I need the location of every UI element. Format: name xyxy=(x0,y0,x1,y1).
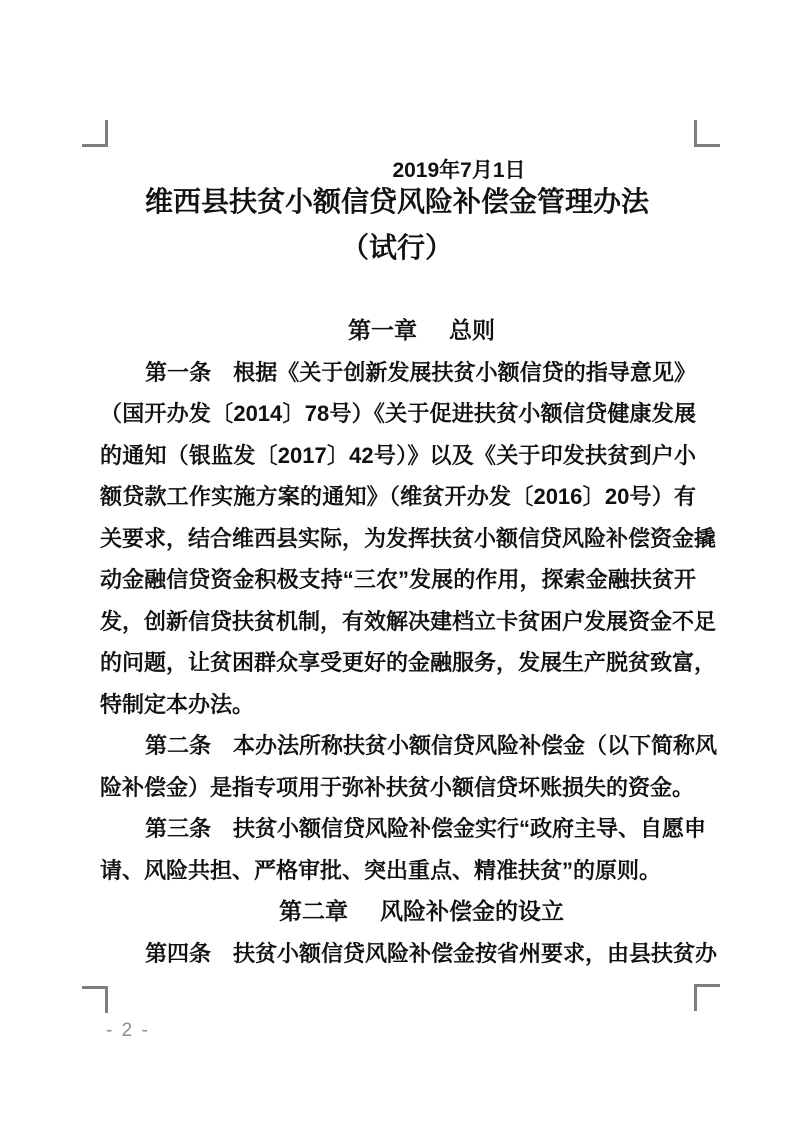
document-subtitle: （试行） xyxy=(0,229,794,266)
body-line: 第三条 扶贫小额信贷风险补偿金实行“政府主导、自愿申 xyxy=(100,808,696,850)
chapter-heading: 第一章总则 xyxy=(100,310,696,352)
body-line: 请、风险共担、严格审批、突出重点、精准扶贫”的原则。 xyxy=(100,850,696,892)
document-date: 2019年7月1日 xyxy=(100,154,696,184)
document-body: 第一章总则第一条 根据《关于创新发展扶贫小额信贷的指导意见》（国开办发〔2014… xyxy=(100,310,696,974)
crop-mark-top-right xyxy=(694,120,720,147)
body-line: 的通知（银监发〔2017〕42号）》以及《关于印发扶贫到户小 xyxy=(100,435,696,477)
chapter-heading: 第二章风险补偿金的设立 xyxy=(100,891,696,933)
body-line: 第四条 扶贫小额信贷风险补偿金按省州要求，由县扶贫办 xyxy=(100,933,696,975)
body-line: 险补偿金）是指专项用于弥补扶贫小额信贷坏账损失的资金。 xyxy=(100,767,696,809)
body-line: 特制定本办法。 xyxy=(100,684,696,726)
chapter-heading-part: 第二章 xyxy=(279,898,348,924)
body-line: （国开办发〔2014〕78号）《关于促进扶贫小额信贷健康发展 xyxy=(100,393,696,435)
document-title: 维西县扶贫小额信贷风险补偿金管理办法 xyxy=(0,183,794,220)
body-line: 发，创新信贷扶贫机制，有效解决建档立卡贫困户发展资金不足 xyxy=(100,601,696,643)
chapter-heading-part: 总则 xyxy=(449,317,495,343)
document-page: 2019年7月1日 维西县扶贫小额信贷风险补偿金管理办法 （试行） 第一章总则第… xyxy=(0,0,794,1123)
page-number: - 2 - xyxy=(106,1020,150,1042)
body-line: 额贷款工作实施方案的通知》（维贫开办发〔2016〕20号）有 xyxy=(100,476,696,518)
crop-mark-bottom-left xyxy=(82,986,108,1013)
body-line: 的问题，让贫困群众享受更好的金融服务，发展生产脱贫致富， xyxy=(100,642,696,684)
body-line: 第一条 根据《关于创新发展扶贫小额信贷的指导意见》 xyxy=(100,352,696,394)
chapter-heading-part: 第一章 xyxy=(348,317,417,343)
body-line: 第二条 本办法所称扶贫小额信贷风险补偿金（以下简称风 xyxy=(100,725,696,767)
crop-mark-top-left xyxy=(82,120,108,147)
body-line: 关要求，结合维西县实际，为发挥扶贫小额信贷风险补偿资金撬 xyxy=(100,518,696,560)
body-line: 动金融信贷资金积极支持“三农”发展的作用，探索金融扶贫开 xyxy=(100,559,696,601)
chapter-heading-part: 风险补偿金的设立 xyxy=(380,898,564,924)
crop-mark-bottom-right xyxy=(694,984,720,1011)
